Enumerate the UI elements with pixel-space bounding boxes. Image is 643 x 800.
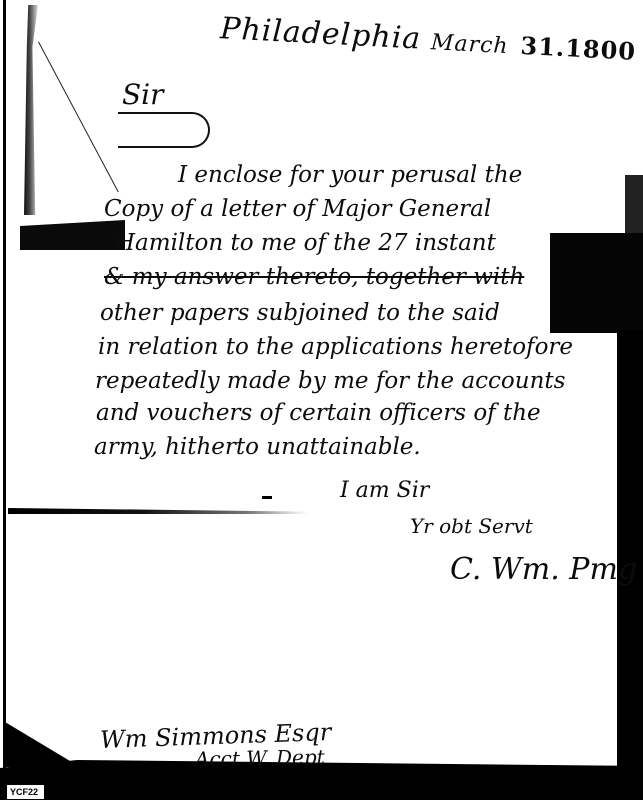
salutation: Sir [122, 78, 164, 111]
body-line: repeatedly made by me for the accounts [95, 368, 565, 394]
paper-fold-horizontal [8, 508, 308, 514]
closing-line: Yr obt Servt [410, 514, 533, 538]
addressee-title: Acct W. Dept [195, 745, 325, 771]
paper-fold-diagonal [38, 42, 119, 193]
closing-line: I am Sir [340, 478, 429, 503]
heading-month: March [430, 30, 509, 59]
heading-place: Philadelphia [219, 11, 422, 56]
torn-paper-shadow-left [20, 220, 125, 250]
salutation-flourish [118, 112, 210, 148]
paper-edge-right-top [625, 175, 643, 235]
body-line: in relation to the applications heretofo… [98, 334, 573, 360]
body-line: other papers subjoined to the said [100, 300, 500, 326]
body-line: army, hitherto unattainable. [94, 434, 421, 460]
archive-id-label: YCF22 [6, 784, 45, 800]
body-line: Hamilton to me of the 27 instant [115, 230, 496, 256]
signature: C. Wm. Pmg [450, 552, 637, 587]
body-line-struck: & my answer thereto, together with [104, 264, 524, 290]
ink-mark [262, 496, 272, 499]
torn-paper-shadow-right [550, 233, 643, 333]
body-line: Copy of a letter of Major General [104, 196, 491, 222]
body-line: and vouchers of certain officers of the [96, 400, 541, 426]
scan-border-left [3, 0, 6, 800]
body-line: I enclose for your perusal the [178, 162, 522, 188]
heading-date: 31.1800 [520, 31, 637, 66]
letter-heading: PhiladelphiaMarch31.1800 [219, 11, 637, 68]
paper-edge-shadow [24, 5, 38, 215]
paper-fold-bottom-left [5, 722, 80, 767]
